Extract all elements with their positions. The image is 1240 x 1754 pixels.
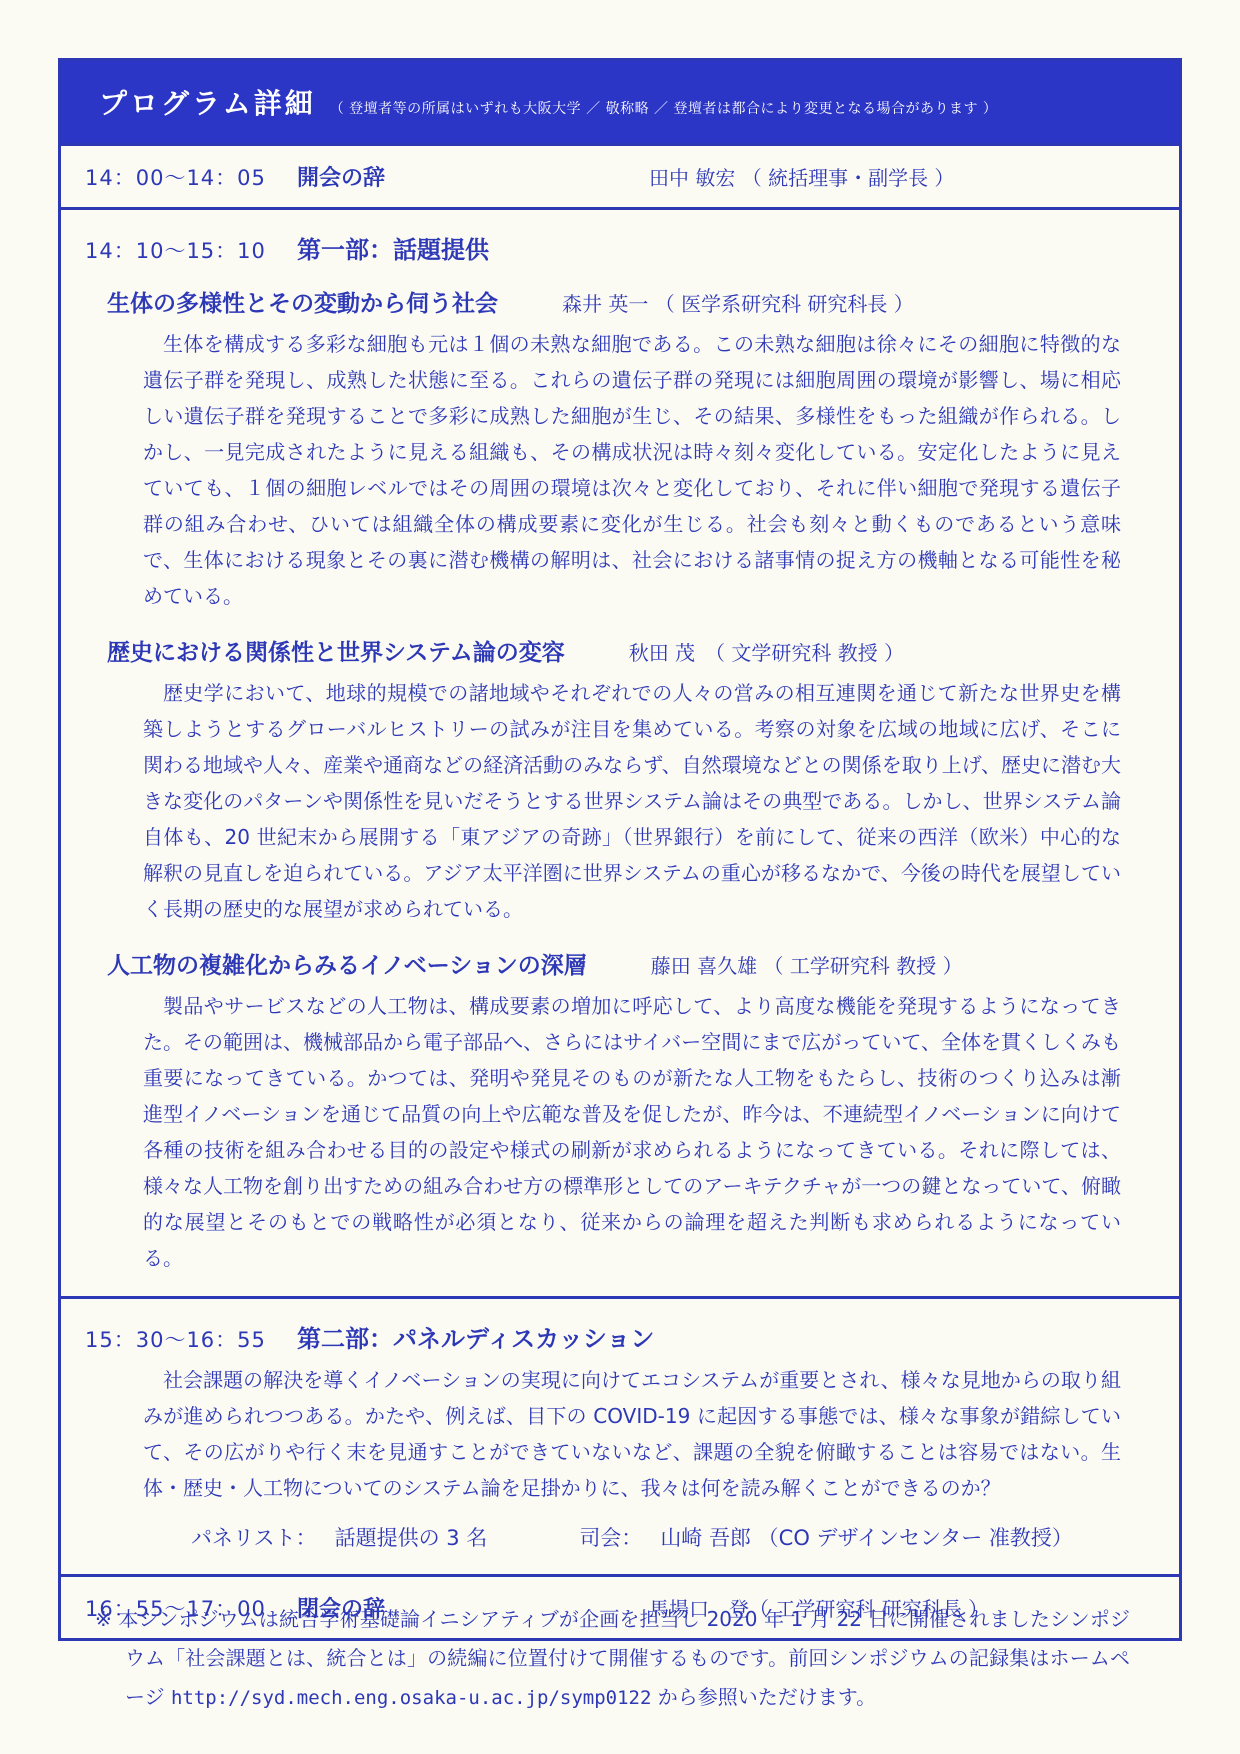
talk-header-2: 歴史における関係性と世界システム論の変容 秋田 茂 （ 文学研究科 教授 ） (107, 634, 1139, 667)
talk-title: 歴史における関係性と世界システム論の変容 (107, 634, 565, 667)
session-time: 15：30～16：55 (85, 1324, 297, 1354)
talk-speaker: 森井 英一 （ 医学系研究科 研究科長 ） (562, 288, 914, 317)
moderator-label: 司会： (579, 1522, 642, 1552)
panelist-label: パネリスト： (191, 1522, 317, 1552)
program-box: プログラム詳細 （ 登壇者等の所属はいずれも大阪大学 ／ 敬称略 ／ 登壇者は都… (58, 58, 1182, 1641)
header-note: （ 登壇者等の所属はいずれも大阪大学 ／ 敬称略 ／ 登壇者は都合により変更とな… (330, 86, 998, 118)
footer-text-end: から参照いただけます。 (651, 1685, 876, 1709)
session-label: 第一部：話題提供 (297, 230, 489, 265)
program-header-bar: プログラム詳細 （ 登壇者等の所属はいずれも大阪大学 ／ 敬称略 ／ 登壇者は都… (61, 61, 1179, 143)
session-row-part1: 14：10～15：10 第一部：話題提供 生体の多様性とその変動から伺う社会 森… (61, 207, 1179, 1296)
session-row-part2: 15：30～16：55 第二部：パネルディスカッション 社会課題の解決を導くイノ… (61, 1296, 1179, 1574)
panelist-value: 話題提供の 3 名 (335, 1522, 488, 1552)
talk-header-1: 生体の多様性とその変動から伺う社会 森井 英一 （ 医学系研究科 研究科長 ） (107, 285, 1139, 318)
footer-url[interactable]: http://syd.mech.eng.osaka-u.ac.jp/symp01… (171, 1687, 651, 1709)
session-label: 第二部：パネルディスカッション (297, 1319, 654, 1354)
panelist-row: パネリスト： 話題提供の 3 名 司会： 山崎 吾郎 （CO デザインセンター … (191, 1522, 1179, 1552)
part2-heading: 15：30～16：55 第二部：パネルディスカッション (61, 1319, 1179, 1354)
session-time: 14：10～15：10 (85, 235, 297, 265)
talk-header-3: 人工物の複雑化からみるイノベーションの深層 藤田 喜久雄 （ 工学研究科 教授 … (107, 947, 1139, 980)
footer-note: ※ 本シンポジウムは統合学術基礎論イニシアティブが企画を担当し 2020 年 1… (95, 1600, 1130, 1718)
talk-speaker: 秋田 茂 （ 文学研究科 教授 ） (629, 637, 904, 666)
panel-abstract: 社会課題の解決を導くイノベーションの実現に向けてエコシステムが重要とされ、様々な… (143, 1362, 1121, 1506)
talk-abstract: 生体を構成する多彩な細胞も元は１個の未熟な細胞である。この未熟な細胞は徐々にその… (143, 326, 1121, 614)
footer-marker: ※ (95, 1607, 118, 1631)
session-time: 14：00～14：05 (85, 162, 297, 192)
talk-abstract: 歴史学において、地球的規模での諸地域やそれぞれでの人々の営みの相互連関を通じて新… (143, 675, 1121, 927)
session-speaker: 田中 敏宏 （ 統括理事・副学長 ） (649, 162, 954, 191)
talk-speaker: 藤田 喜久雄 （ 工学研究科 教授 ） (651, 950, 963, 979)
talk-title: 人工物の複雑化からみるイノベーションの深層 (107, 947, 587, 980)
talk-title: 生体の多様性とその変動から伺う社会 (107, 285, 498, 318)
panelist-pair: パネリスト： 話題提供の 3 名 (191, 1522, 487, 1552)
moderator-value: 山崎 吾郎 （CO デザインセンター 准教授） (660, 1522, 1073, 1552)
session-label: 開会の辞 (297, 161, 649, 192)
program-page: プログラム詳細 （ 登壇者等の所属はいずれも大阪大学 ／ 敬称略 ／ 登壇者は都… (0, 0, 1240, 1754)
part1-heading: 14：10～15：10 第一部：話題提供 (61, 230, 1179, 265)
moderator-pair: 司会： 山崎 吾郎 （CO デザインセンター 准教授） (579, 1522, 1073, 1552)
session-row-opening: 14：00～14：05 開会の辞 田中 敏宏 （ 統括理事・副学長 ） (61, 143, 1179, 207)
talk-abstract: 製品やサービスなどの人工物は、構成要素の増加に呼応して、より高度な機能を発現する… (143, 988, 1121, 1276)
page-title: プログラム詳細 (99, 82, 316, 122)
